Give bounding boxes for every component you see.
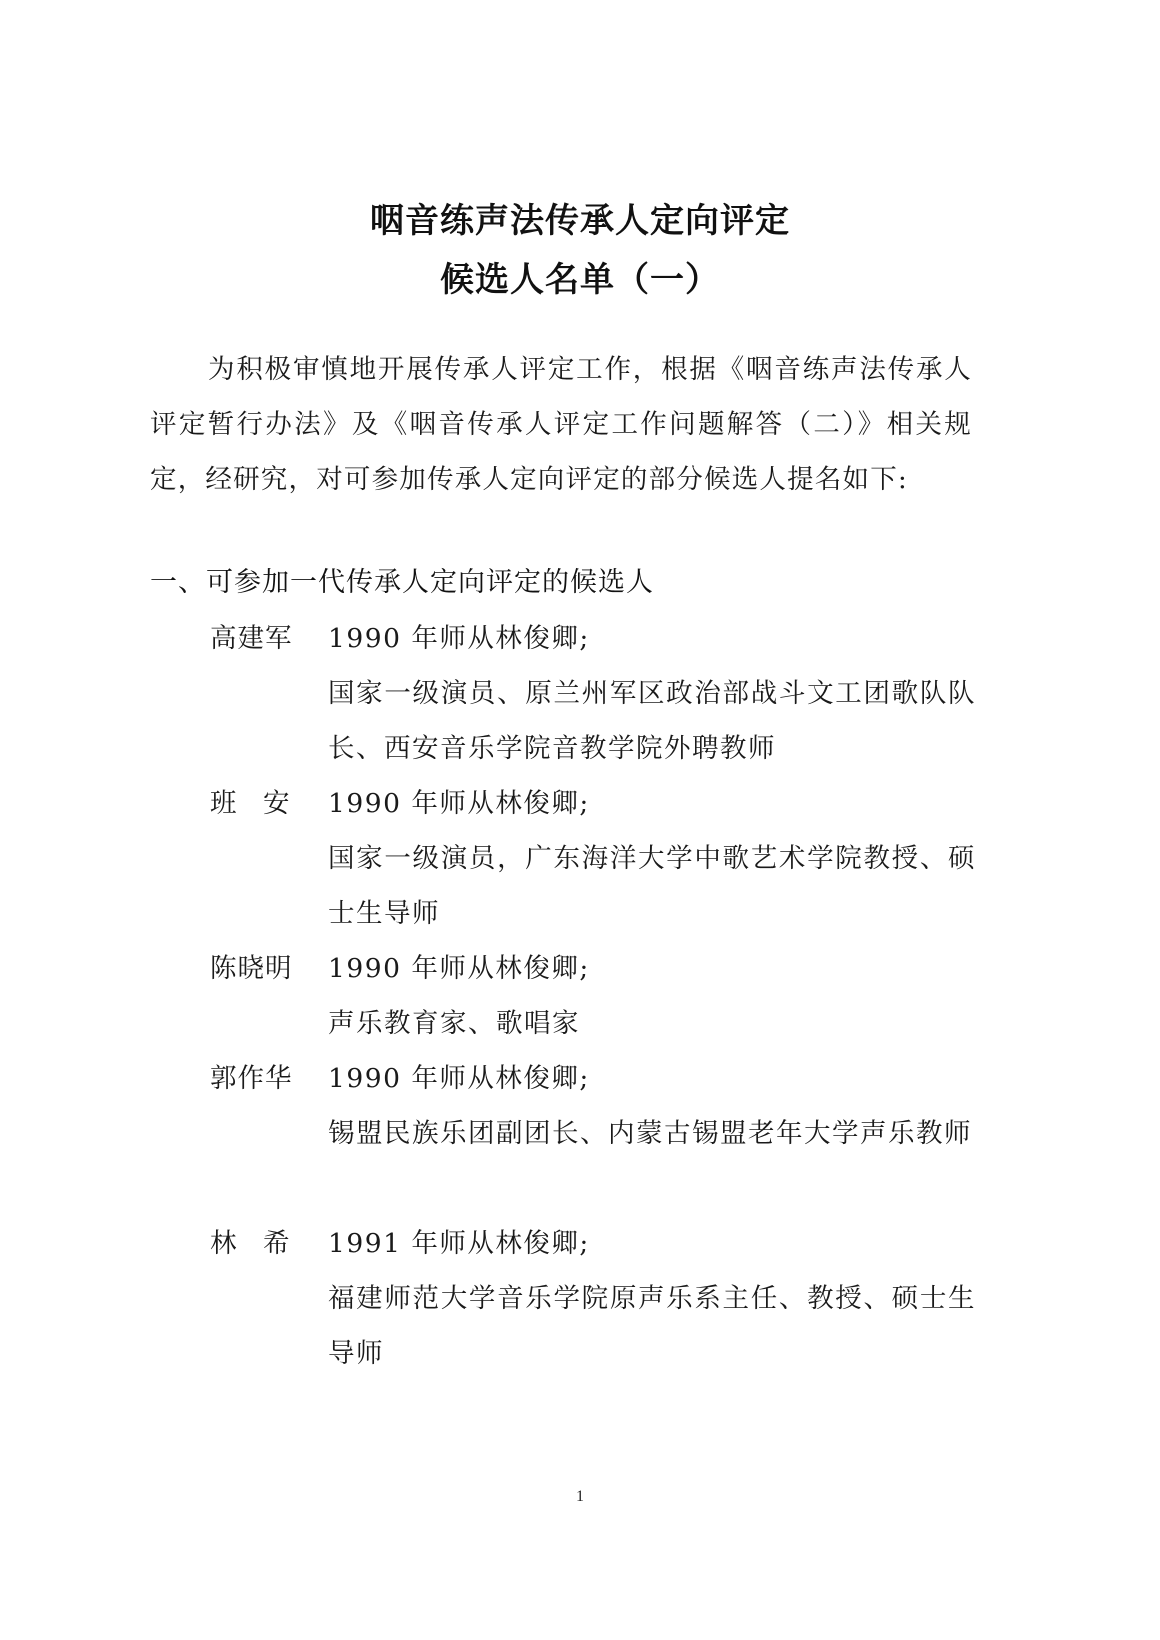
candidate-description: 福建师范大学音乐学院原声乐系主任、教授、硕士生导师 (328, 1271, 976, 1381)
document-page: 咽音练声法传承人定向评定 候选人名单（一） 为积极审慎地开展传承人评定工作，根据… (0, 0, 1160, 1640)
intro-paragraph: 为积极审慎地开展传承人评定工作，根据《咽音练声法传承人评定暂行办法》及《咽音传承… (150, 342, 972, 507)
candidate-name: 林 希 (210, 1216, 310, 1271)
candidate-year: 1990 年师从林俊卿; (328, 941, 976, 996)
candidate-description: 锡盟民族乐团副团长、内蒙古锡盟老年大学声乐教师 (328, 1106, 976, 1161)
candidate-year: 1990 年师从林俊卿; (328, 776, 976, 831)
candidate-name: 郭作华 (210, 1051, 310, 1106)
candidate-detail: 1990 年师从林俊卿; 国家一级演员、原兰州军区政治部战斗文工团歌队队长、西安… (328, 611, 976, 776)
candidate-description: 声乐教育家、歌唱家 (328, 996, 976, 1051)
candidate-year: 1991 年师从林俊卿; (328, 1216, 976, 1271)
candidate-detail: 1991 年师从林俊卿; 福建师范大学音乐学院原声乐系主任、教授、硕士生导师 (328, 1216, 976, 1381)
candidate-name: 班 安 (210, 776, 310, 831)
candidate-year: 1990 年师从林俊卿; (328, 611, 976, 666)
section-heading: 一、可参加一代传承人定向评定的候选人 (150, 561, 654, 605)
candidate-description: 国家一级演员、原兰州军区政治部战斗文工团歌队队长、西安音乐学院音教学院外聘教师 (328, 666, 976, 776)
candidate-description: 国家一级演员，广东海洋大学中歌艺术学院教授、硕士生导师 (328, 831, 976, 941)
candidate-name: 高建军 (210, 611, 310, 666)
document-title-line2: 候选人名单（一） (0, 252, 1160, 301)
document-title-line1: 咽音练声法传承人定向评定 (0, 193, 1160, 242)
page-number: 1 (0, 1488, 1160, 1506)
candidate-detail: 1990 年师从林俊卿; 声乐教育家、歌唱家 (328, 941, 976, 1051)
candidate-name: 陈晓明 (210, 941, 310, 996)
candidate-year: 1990 年师从林俊卿; (328, 1051, 976, 1106)
candidate-detail: 1990 年师从林俊卿; 国家一级演员，广东海洋大学中歌艺术学院教授、硕士生导师 (328, 776, 976, 941)
candidate-detail: 1990 年师从林俊卿; 锡盟民族乐团副团长、内蒙古锡盟老年大学声乐教师 (328, 1051, 976, 1161)
